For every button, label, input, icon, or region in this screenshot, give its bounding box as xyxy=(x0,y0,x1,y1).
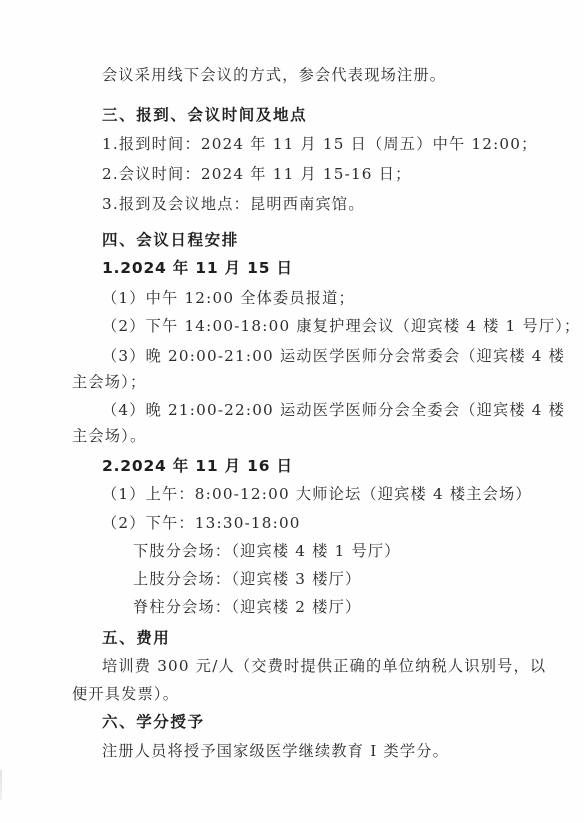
day1-heading: 1.2024 年 11 月 15 日 xyxy=(102,258,293,278)
fee-line-1: 培训费 300 元/人（交费时提供正确的单位纳税人识别号，以 xyxy=(102,656,546,676)
registration-time: 1.报到时间：2024 年 11 月 15 日（周五）中午 12:00； xyxy=(102,134,538,154)
day1-item-3-continuation: 主会场）； xyxy=(72,372,146,392)
meeting-time: 2.会议时间：2024 年 11 月 15-16 日； xyxy=(102,164,411,184)
section-3-heading: 三、报到、会议时间及地点 xyxy=(102,105,307,125)
day1-item-1: （1）中午 12:00 全体委员报道； xyxy=(102,288,355,308)
fee-line-2: 便开具发票）。 xyxy=(72,684,179,704)
subvenue-spine: 脊柱分会场：（迎宾楼 2 楼厅） xyxy=(133,597,361,617)
day2-item-2: （2）下午：13:30-18:00 xyxy=(102,513,301,533)
day2-item-1: （1）上午：8:00-12:00 大师论坛（迎宾楼 4 楼主会场） xyxy=(102,484,532,504)
meeting-location: 3.报到及会议地点：昆明西南宾馆。 xyxy=(102,194,365,214)
credit-line: 注册人员将授予国家级医学继续教育 I 类学分。 xyxy=(102,741,449,761)
intro-paragraph: 会议采用线下会议的方式，参会代表现场注册。 xyxy=(102,65,446,85)
section-4-heading: 四、会议日程安排 xyxy=(102,230,239,250)
day1-item-2: （2）下午 14:00-18:00 康复护理会议（迎宾楼 4 楼 1 号厅）； xyxy=(102,316,580,336)
subvenue-lower-limb: 下肢分会场：（迎宾楼 4 楼 1 号厅） xyxy=(133,541,401,561)
scan-edge-mark xyxy=(0,770,2,800)
subvenue-upper-limb: 上肢分会场：（迎宾楼 3 楼厅） xyxy=(133,569,361,589)
day1-item-4-continuation: 主会场）。 xyxy=(72,426,146,446)
day1-item-4: （4）晚 21:00-22:00 运动医学医师分会全委会（迎宾楼 4 楼 xyxy=(102,400,565,420)
day1-item-3: （3）晚 20:00-21:00 运动医学医师分会常委会（迎宾楼 4 楼 xyxy=(102,346,565,366)
section-6-heading: 六、学分授予 xyxy=(102,712,205,732)
section-5-heading: 五、费用 xyxy=(102,628,170,648)
day2-heading: 2.2024 年 11 月 16 日 xyxy=(102,456,293,476)
document-page: 会议采用线下会议的方式，参会代表现场注册。 三、报到、会议时间及地点 1.报到时… xyxy=(0,0,584,823)
